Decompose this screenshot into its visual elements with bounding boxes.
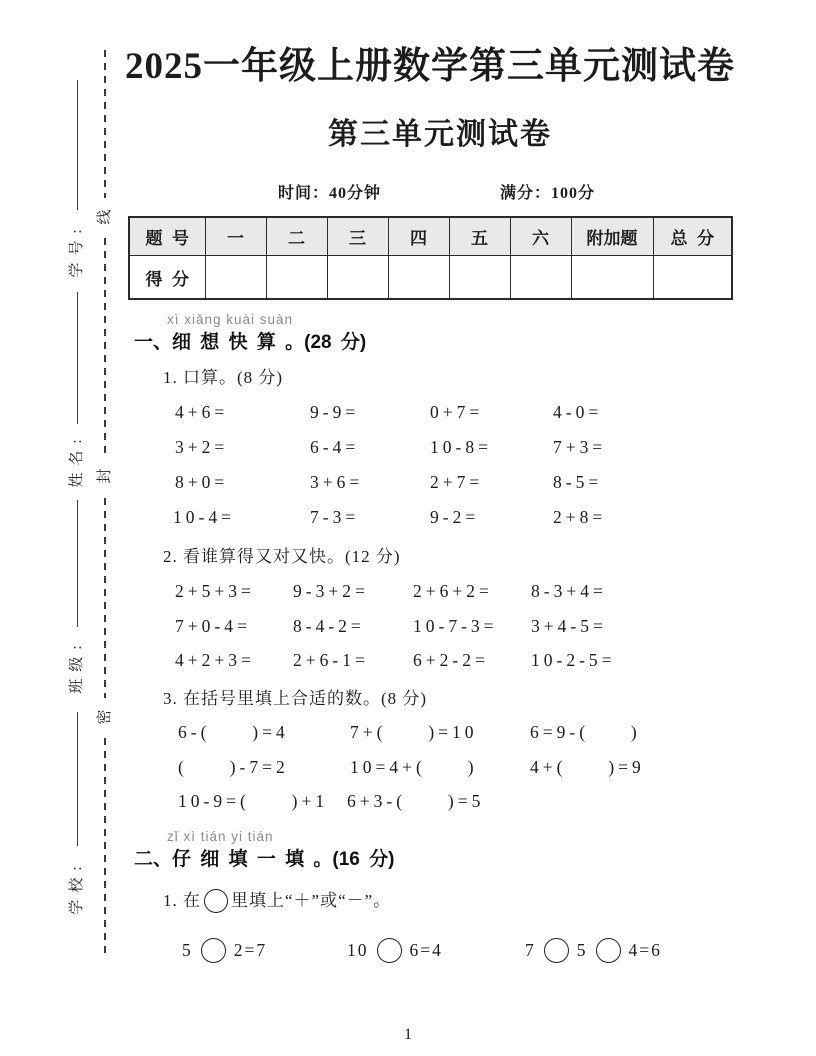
score-cell <box>388 256 449 300</box>
math-problem: 4+( )=9 <box>530 756 645 778</box>
operator-circle-icon <box>377 938 402 963</box>
math-problem: 4+2+3= <box>175 649 255 671</box>
score-cell <box>510 256 571 300</box>
math-problem: ( )-7=2 <box>178 756 289 778</box>
fill-operator-problem: 10 6=4 <box>347 938 443 963</box>
math-problem: 10=4+( ) <box>350 756 478 778</box>
math-problem: 6-4= <box>310 436 359 458</box>
operator-circle-icon <box>544 938 569 963</box>
math-problem: 9-9= <box>310 401 359 423</box>
section1-q1-label: 1. 口算。(8 分) <box>163 365 283 391</box>
operator-circle-icon <box>201 938 226 963</box>
score-row-label: 得 分 <box>129 256 205 300</box>
score-cell <box>327 256 388 300</box>
class-field-label: 班级: <box>67 606 87 726</box>
header-cell-total: 总 分 <box>653 217 732 256</box>
section2-heading: 二、仔 细 填 一 填 。(16 分) <box>134 848 394 872</box>
full-score-label: 满分：100分 <box>500 184 595 204</box>
math-problem: 10-8= <box>430 436 492 458</box>
section2-q1-label: 1. 在里填上“＋”或“－”。 <box>163 888 391 914</box>
seal-dashed-line <box>104 50 106 198</box>
section2-q1-label-pre: 1. 在 <box>163 891 201 910</box>
score-table-score-row: 得 分 <box>129 256 732 300</box>
math-problem: 3+4-5= <box>531 615 607 637</box>
time-limit-label: 时间：40分钟 <box>278 184 381 204</box>
operand: 4=6 <box>629 940 662 961</box>
math-problem: 2+8= <box>553 506 606 528</box>
operand: 5 <box>577 940 588 961</box>
math-problem: 10-4= <box>173 506 235 528</box>
header-cell-question-no: 题 号 <box>129 217 205 256</box>
math-problem: 3+2= <box>175 436 228 458</box>
header-cell-6: 六 <box>510 217 571 256</box>
math-problem: 7+3= <box>553 436 606 458</box>
math-problem: 7+0-4= <box>175 615 251 637</box>
page-title: 2025一年级上册数学第三单元测试卷 <box>110 46 750 88</box>
fill-operator-problem: 7 5 4=6 <box>525 938 662 963</box>
seal-char-feng: 封 <box>95 464 115 488</box>
header-cell-5: 五 <box>449 217 510 256</box>
math-problem: 6+2-2= <box>413 649 489 671</box>
math-problem: 8-4-2= <box>293 615 365 637</box>
math-problem: 10-7-3= <box>413 615 498 637</box>
operand: 10 <box>347 940 369 961</box>
header-cell-4: 四 <box>388 217 449 256</box>
operand: 5 <box>182 940 193 961</box>
score-table: 题 号 一 二 三 四 五 六 附加题 总 分 得 分 <box>128 216 733 300</box>
math-problem: 2+5+3= <box>175 580 255 602</box>
header-cell-extra: 附加题 <box>571 217 653 256</box>
score-cell <box>571 256 653 300</box>
section2-pinyin: zǐ xì tián yi tián <box>167 829 274 845</box>
math-problem: 8-5= <box>553 471 602 493</box>
math-problem: 2+6-1= <box>293 649 369 671</box>
header-cell-2: 二 <box>266 217 327 256</box>
operand: 6=4 <box>410 940 443 961</box>
math-problem: 6=9-( ) <box>530 721 641 743</box>
seal-char-mi: 密 <box>95 705 115 729</box>
math-problem: 10-2-5= <box>531 649 616 671</box>
score-table-header-row: 题 号 一 二 三 四 五 六 附加题 总 分 <box>129 217 732 256</box>
operator-circle-icon <box>204 889 228 913</box>
section1-q3-label: 3. 在括号里填上合适的数。(8 分) <box>163 686 427 712</box>
test-paper-page: 学号: 姓名: 班级: 学校: 线 封 密 2025一年级上册数学第三单元测试卷… <box>0 0 816 1056</box>
math-problem: 6+3-( )=5 <box>347 790 484 812</box>
seal-dashed-line <box>104 498 106 698</box>
math-problem: 4+6= <box>175 401 228 423</box>
math-problem: 10-9=( )+1 <box>178 790 328 812</box>
fill-operator-problem: 5 2=7 <box>182 938 267 963</box>
math-problem: 8+0= <box>175 471 228 493</box>
math-problem: 7-3= <box>310 506 359 528</box>
math-problem: 2+7= <box>430 471 483 493</box>
operator-circle-icon <box>596 938 621 963</box>
math-problem: 7+( )=10 <box>350 721 478 743</box>
section2-q1-label-post: 里填上“＋”或“－”。 <box>231 891 391 910</box>
math-problem: 6-( )=4 <box>178 721 289 743</box>
margin-line-segment <box>77 712 78 846</box>
math-problem: 3+6= <box>310 471 363 493</box>
section1-q2-label: 2. 看谁算得又对又快。(12 分) <box>163 544 401 570</box>
score-cell <box>266 256 327 300</box>
page-subtitle: 第三单元测试卷 <box>130 117 750 153</box>
section1-heading: 一、细 想 快 算 。(28 分) <box>134 331 366 355</box>
math-problem: 4-0= <box>553 401 602 423</box>
seal-char-xian: 线 <box>95 205 115 229</box>
page-number: 1 <box>0 1026 816 1044</box>
math-problem: 9-3+2= <box>293 580 369 602</box>
score-cell <box>205 256 266 300</box>
operand: 2=7 <box>234 940 267 961</box>
school-field-label: 学校: <box>67 827 87 947</box>
header-cell-3: 三 <box>327 217 388 256</box>
score-cell <box>653 256 732 300</box>
math-problem: 8-3+4= <box>531 580 607 602</box>
operand: 7 <box>525 940 536 961</box>
seal-dashed-line <box>104 738 106 958</box>
header-cell-1: 一 <box>205 217 266 256</box>
section1-pinyin: xì xiǎng kuài suàn <box>167 312 293 328</box>
math-problem: 9-2= <box>430 506 479 528</box>
math-problem: 0+7= <box>430 401 483 423</box>
math-problem: 2+6+2= <box>413 580 493 602</box>
seal-dashed-line <box>104 238 106 456</box>
score-cell <box>449 256 510 300</box>
